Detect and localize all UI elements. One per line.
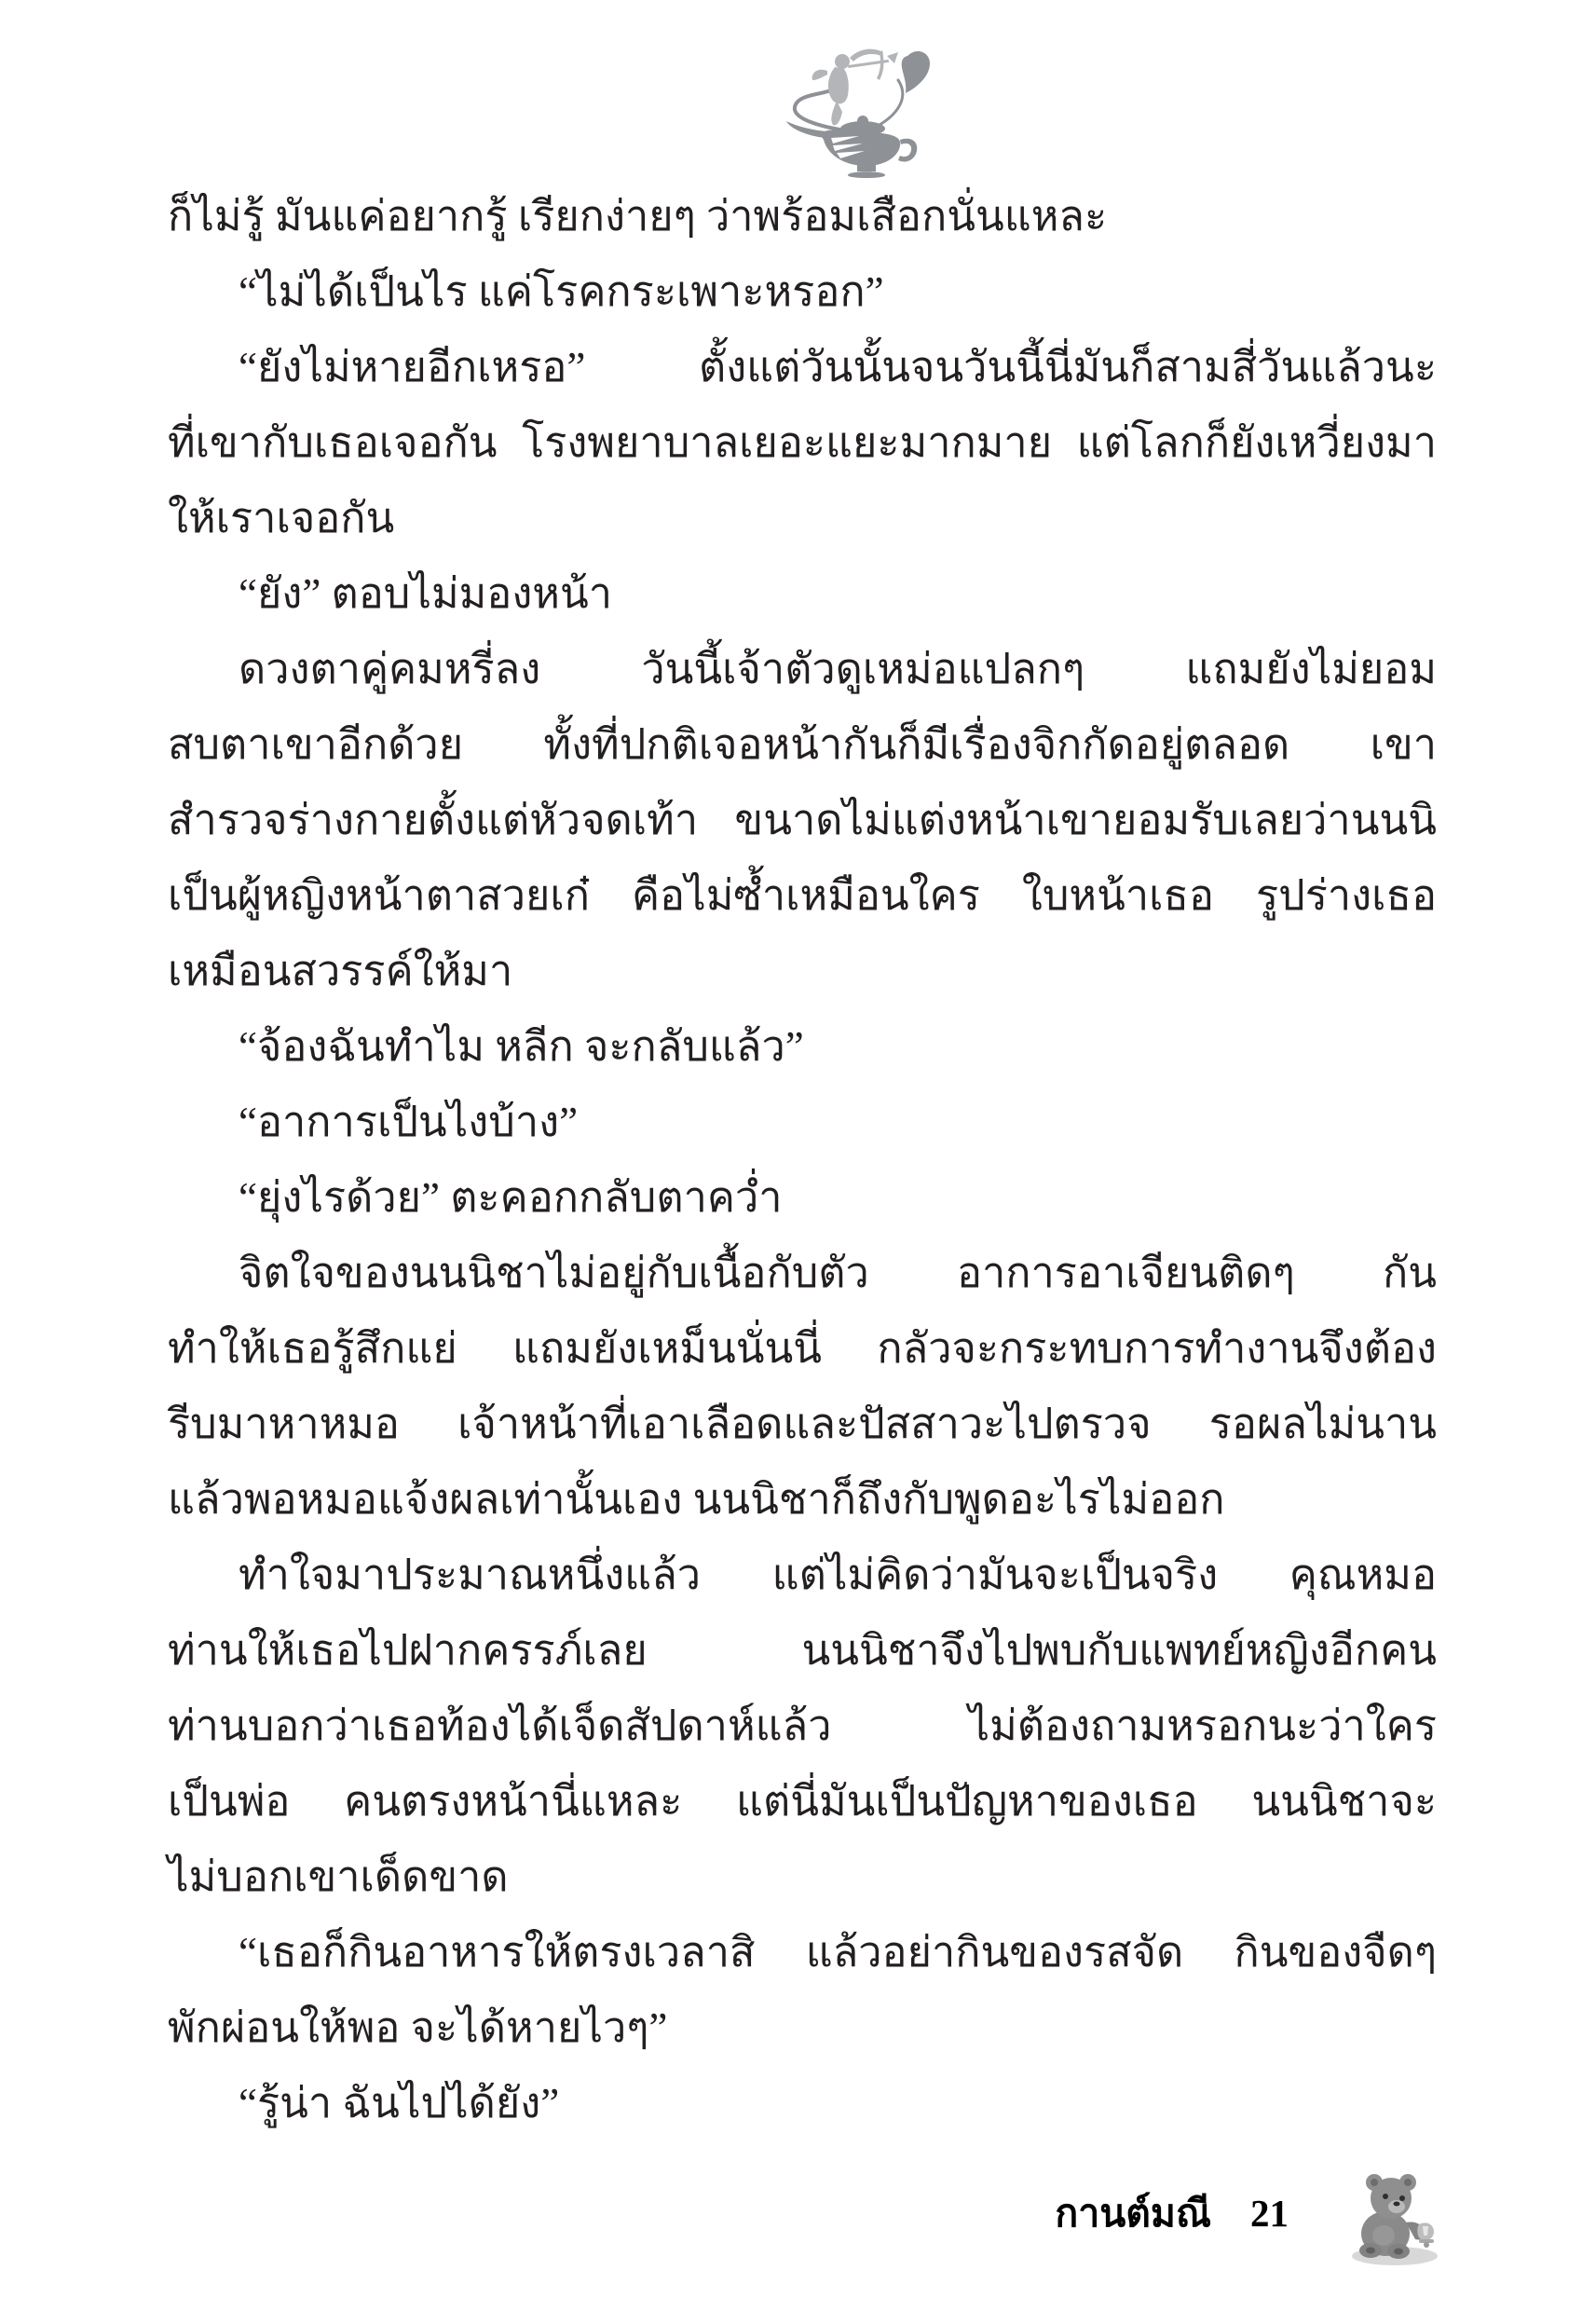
text-line: “ยังไม่หายอีกเหรอ” ตั้งแต่วันนั้นจนวันนี…: [168, 330, 1437, 405]
cupid-lamp-ornament: [770, 39, 937, 179]
text-line: “เธอก็กินอาหารให้ตรงเวลาสิ แล้วอย่ากินขอ…: [168, 1915, 1437, 1990]
text-line: “ไม่ได้เป็นไร แค่โรคกระเพาะหรอก”: [168, 254, 1437, 330]
text-line: “จ้องฉันทำไม หลีก จะกลับแล้ว”: [168, 1009, 1437, 1085]
text-line: เหมือนสวรรค์ให้มา: [168, 934, 1437, 1009]
text-line: ทำให้เธอรู้สึกแย่ แถมยังเหม็นนั่นนี่ กลั…: [168, 1311, 1437, 1387]
text-line: ก็ไม่รู้ มันแค่อยากรู้ เรียกง่ายๆ ว่าพร้…: [168, 179, 1437, 254]
cupid-lamp-icon: [770, 39, 937, 179]
cupid-figure: [812, 49, 898, 126]
book-page: ก็ไม่รู้ มันแค่อยากรู้ เรียกง่ายๆ ว่าพร้…: [0, 0, 1596, 2311]
running-footer: กานต์มณี21: [1055, 2183, 1289, 2244]
text-line: “ยุ่งไรด้วย” ตะคอกกลับตาคว่ำ: [168, 1160, 1437, 1236]
text-line: ที่เขากับเธอเจอกัน โรงพยาบาลเยอะแยะมากมา…: [168, 405, 1437, 481]
text-line: ดวงตาคู่คมหรี่ลง วันนี้เจ้าตัวดูเหม่อแปล…: [168, 632, 1437, 707]
text-line: เป็นพ่อ คนตรงหน้านี่แหละ แต่นี่มันเป็นปั…: [168, 1764, 1437, 1839]
text-line: แล้วพอหมอแจ้งผลเท่านั้นเอง นนนิชาก็ถึงกั…: [168, 1462, 1437, 1538]
text-line: พักผ่อนให้พอ จะได้หายไวๆ”: [168, 1990, 1437, 2066]
text-line: ให้เราเจอกัน: [168, 481, 1437, 556]
text-line: เป็นผู้หญิงหน้าตาสวยเก๋ คือไม่ซ้ำเหมือนใ…: [168, 858, 1437, 934]
text-line: สำรวจร่างกายตั้งแต่หัวจดเท้า ขนาดไม่แต่ง…: [168, 783, 1437, 858]
book-title: กานต์มณี: [1055, 2192, 1211, 2235]
page-footer: กานต์มณี21: [0, 2167, 1596, 2269]
text-line: ท่านให้เธอไปฝากครรภ์เลย นนนิชาจึงไปพบกับ…: [168, 1613, 1437, 1689]
genie-lamp: [786, 116, 917, 178]
text-line: จิตใจของนนนิชาไม่อยู่กับเนื้อกับตัว อากา…: [168, 1236, 1437, 1311]
text-line: ทำใจมาประมาณหนึ่งแล้ว แต่ไม่คิดว่ามันจะเ…: [168, 1538, 1437, 1613]
teddy-bear-icon: [1337, 2167, 1449, 2269]
text-line: “รู้น่า ฉันไปได้ยัง”: [168, 2066, 1437, 2141]
text-line: “ยัง” ตอบไม่มองหน้า: [168, 556, 1437, 632]
page-text: ก็ไม่รู้ มันแค่อยากรู้ เรียกง่ายๆ ว่าพร้…: [168, 179, 1437, 2141]
text-line: รีบมาหาหมอ เจ้าหน้าที่เอาเลือดและปัสสาวะ…: [168, 1387, 1437, 1462]
text-line: ท่านบอกว่าเธอท้องได้เจ็ดสัปดาห์แล้ว ไม่ต…: [168, 1689, 1437, 1764]
text-line: ไม่บอกเขาเด็ดขาด: [168, 1839, 1437, 1915]
text-line: “อาการเป็นไงบ้าง”: [168, 1085, 1437, 1160]
page-number: 21: [1250, 2192, 1289, 2235]
text-line: สบตาเขาอีกด้วย ทั้งที่ปกติเจอหน้ากันก็มี…: [168, 707, 1437, 783]
